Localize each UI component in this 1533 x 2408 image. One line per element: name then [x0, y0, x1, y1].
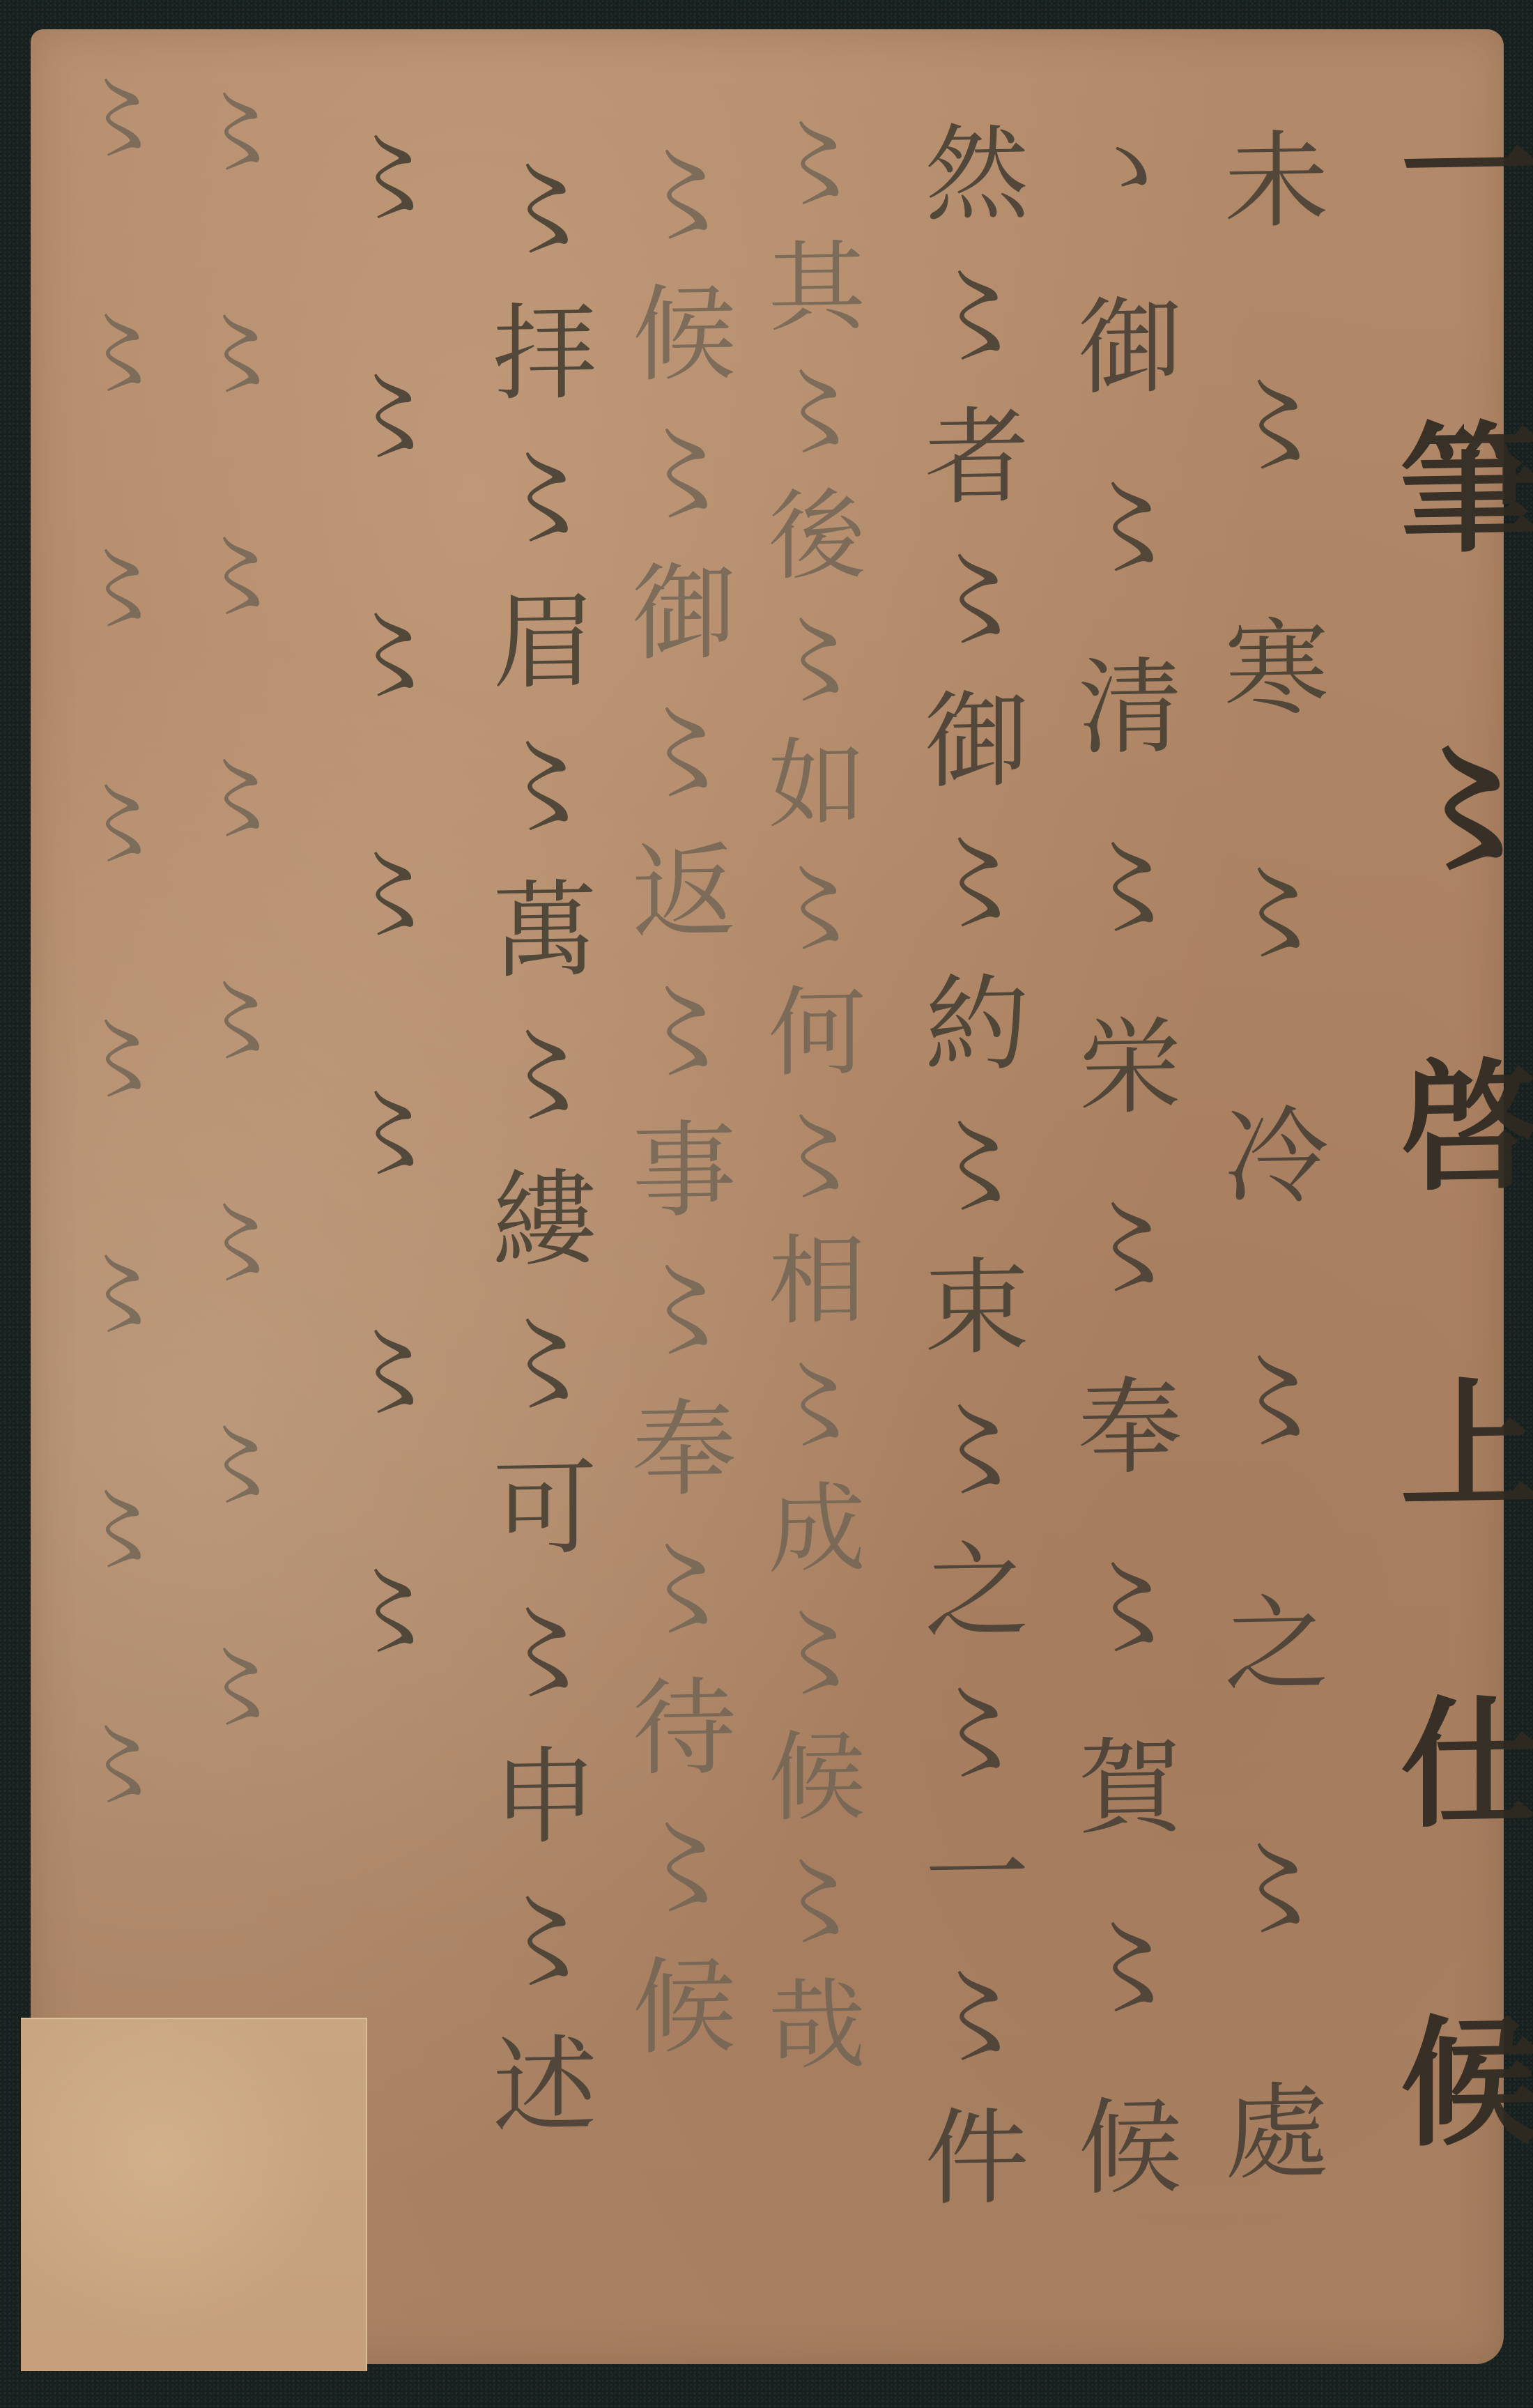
text-column: 〻其〻後〻如〻何〻相〻成〻候〻哉	[739, 110, 879, 2099]
text-column: 〻拝〻眉〻萬〻縷〻可〻申〻述	[460, 152, 610, 2176]
repair-patch	[21, 2018, 367, 2371]
text-column: 未〻寒〻冷〻之〻處	[1192, 124, 1342, 2322]
text-column: ゝ御〻清〻栄〻奉〻賀〻候	[1045, 110, 1196, 2273]
text-column: 然〻者〻御〻約〻束〻之〻一〻件	[892, 117, 1042, 2246]
text-column: 〻〻〻〻〻〻〻〻	[49, 68, 179, 1952]
text-column: 〻候〻御〻返〻事〻奉〻待〻候	[599, 138, 750, 2092]
text-column: 〻〻〻〻〻〻〻〻	[167, 82, 298, 1862]
text-column: 〻〻〻〻〻〻〻	[314, 124, 454, 1800]
text-column: 一筆〻啓上仕候	[1359, 95, 1533, 2329]
